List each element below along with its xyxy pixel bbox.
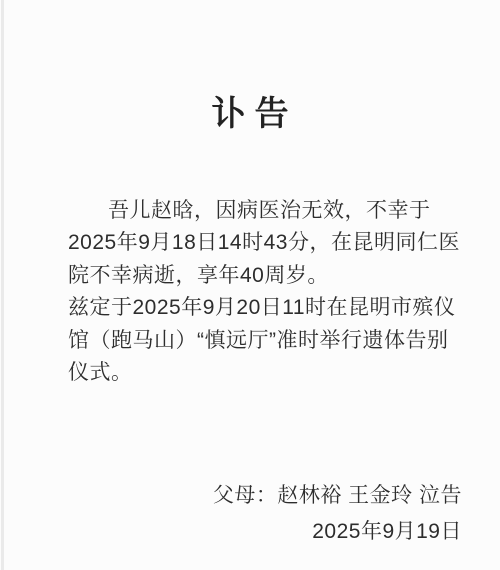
signature-block: 父母：赵林裕 王金玲 泣告 2025年9月19日 xyxy=(0,478,500,550)
body-line: 吾儿赵晗，因病医治无效，不幸于 xyxy=(68,195,460,228)
body-line: 馆（跑马山）“慎远厅”准时举行遗体告别 xyxy=(68,325,460,358)
page-title: 讣告 xyxy=(0,94,500,135)
signature-date: 2025年9月19日 xyxy=(0,514,462,550)
body-line: 院不幸病逝，享年40周岁。 xyxy=(68,260,460,293)
obituary-notice-page: 讣告 吾儿赵晗，因病医治无效，不幸于 2025年9月18日14时43分，在昆明同… xyxy=(0,0,500,570)
signature-signers: 父母：赵林裕 王金玲 泣告 xyxy=(0,478,462,514)
left-edge-line xyxy=(1,0,4,570)
body-line: 兹定于2025年9月20日11时在昆明市殡仪 xyxy=(68,292,460,325)
body-line: 仪式。 xyxy=(68,357,460,390)
notice-body: 吾儿赵晗，因病医治无效，不幸于 2025年9月18日14时43分，在昆明同仁医 … xyxy=(0,195,500,390)
body-line: 2025年9月18日14时43分，在昆明同仁医 xyxy=(68,227,460,260)
